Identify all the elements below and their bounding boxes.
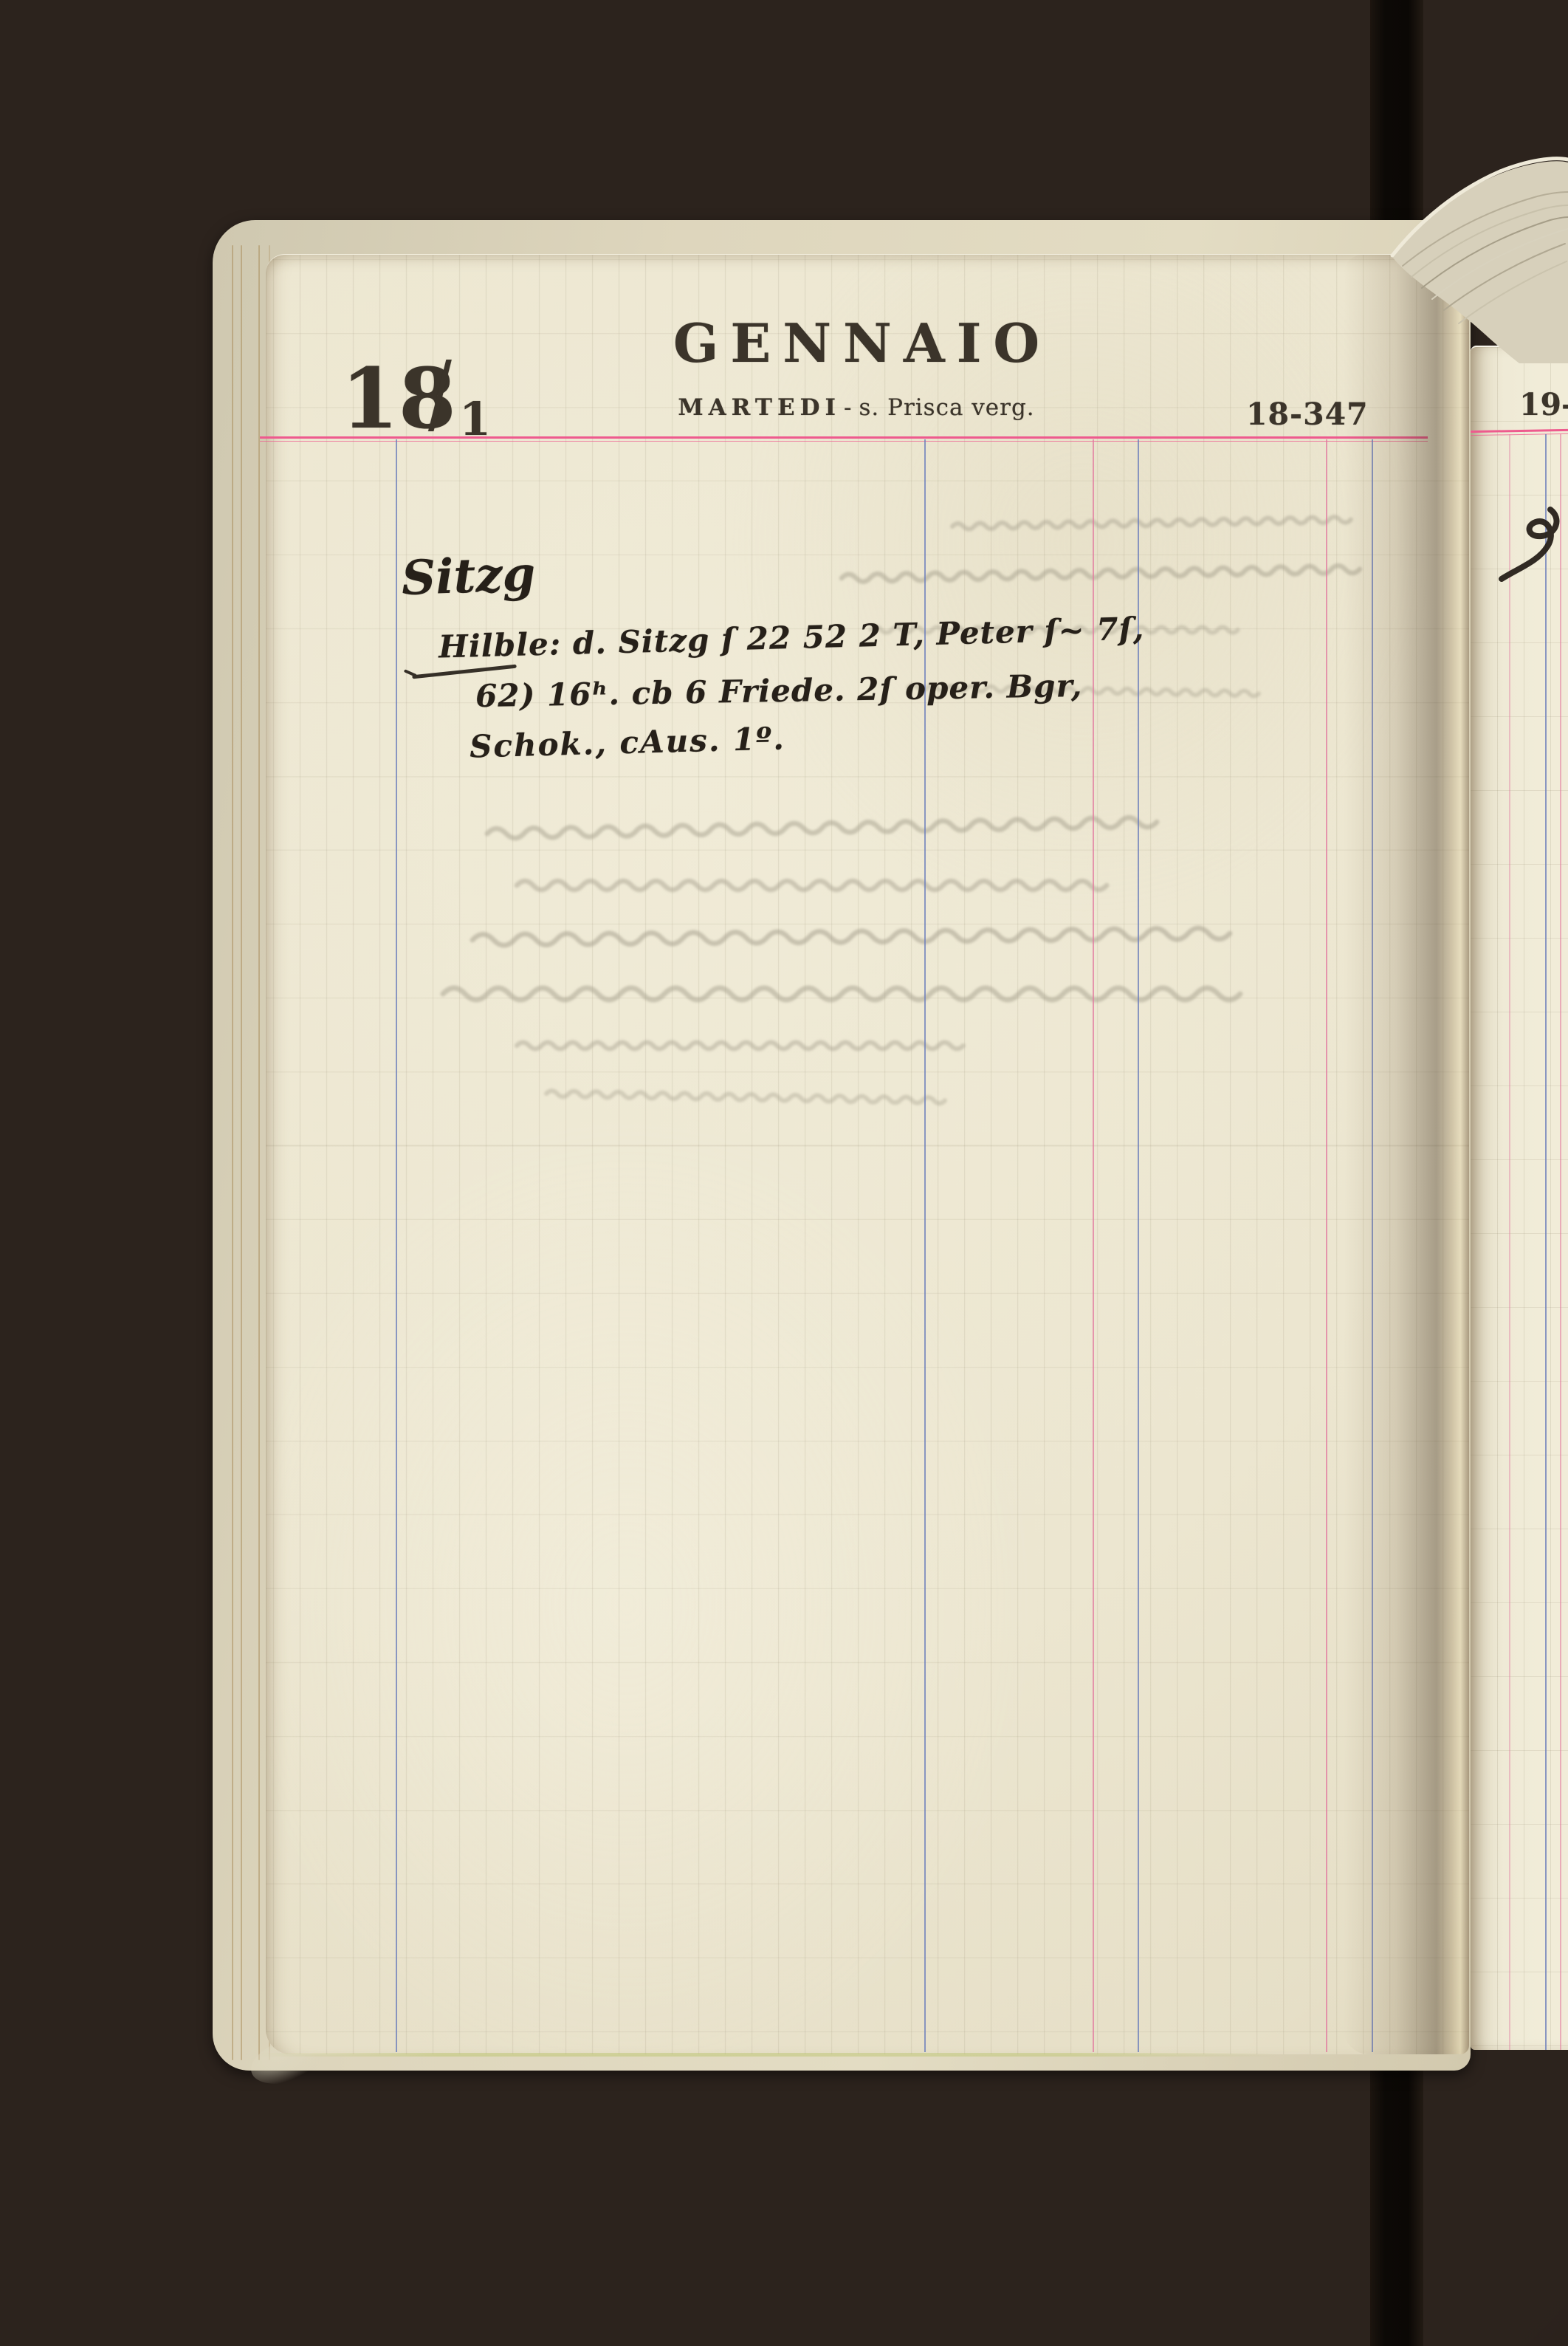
column-line-pink xyxy=(1560,434,1561,2050)
header-rule-right xyxy=(1471,429,1568,433)
weekday-saint-line: MARTEDI-s. Prisca verg. xyxy=(576,397,1137,419)
handwriting-line-1: Sitzg xyxy=(401,546,537,606)
column-line-pink xyxy=(1509,434,1510,2050)
page-edge-line xyxy=(232,245,233,2060)
day-slash: / xyxy=(428,349,452,436)
column-line-blue xyxy=(1138,439,1139,2052)
bleedthrough-handwriting xyxy=(399,469,1491,1377)
column-line-blue xyxy=(1545,434,1547,2050)
day-page-code: 18-347 xyxy=(1246,399,1369,430)
ink-flourish xyxy=(1496,502,1567,585)
diary-right-page-sliver: 19- xyxy=(1471,346,1568,2050)
bottom-page-edge-tint xyxy=(258,2053,1277,2057)
weekday-label: MARTEDI xyxy=(678,394,841,421)
column-line-blue xyxy=(1372,439,1373,2052)
curled-page-corner xyxy=(1373,146,1568,363)
diary-left-page: 18 / 1 GENNAIO MARTEDI-s. Prisca verg. 1… xyxy=(266,254,1469,2054)
next-day-page-code: 19- xyxy=(1519,390,1568,420)
quadrille-grid xyxy=(1471,347,1568,2050)
month-title: GENNAIO xyxy=(576,317,1137,370)
column-line-pink xyxy=(1093,439,1094,2052)
page-edge-line xyxy=(241,245,242,2060)
saint-day-label: s. Prisca verg. xyxy=(859,394,1034,421)
page-edge-line xyxy=(258,245,260,2060)
separator-dash: - xyxy=(844,394,851,421)
column-line-pink xyxy=(1326,439,1327,2052)
diary-scan: 18 / 1 GENNAIO MARTEDI-s. Prisca verg. 1… xyxy=(0,0,1568,2346)
month-digit: 1 xyxy=(459,397,491,442)
column-line-blue xyxy=(396,439,397,2052)
